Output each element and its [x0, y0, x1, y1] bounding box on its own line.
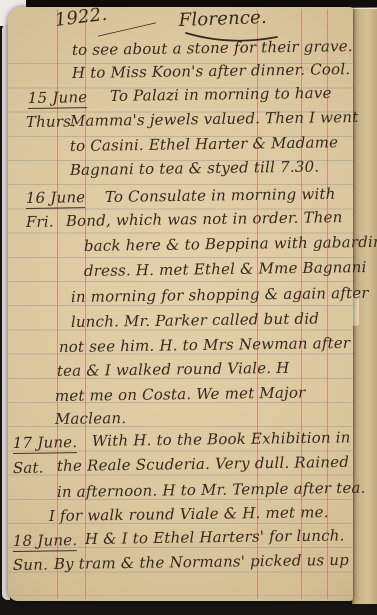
diary-line: Bagnani to tea & styed till 7.30. — [70, 159, 320, 179]
diary-line: Maclean. — [55, 410, 127, 428]
diary-line: H & I to Ethel Harters' for lunch. — [85, 527, 345, 548]
year-heading: 1922. — [54, 6, 108, 29]
diary-line: lunch. Mr. Parker called but did — [71, 311, 319, 331]
diary-line: To Consulate in morning with — [105, 186, 336, 206]
date-label: 16 June — [26, 189, 86, 209]
date-label: 15 June — [28, 89, 88, 109]
date-label: 17 June. — [13, 434, 78, 454]
day-label: Sat. — [13, 460, 44, 477]
day-label: Sun. — [13, 557, 48, 574]
page-title: Florence. — [178, 9, 267, 29]
day-label: Thurs. — [26, 113, 76, 131]
diary-line: To Palazi in morning to have — [110, 85, 332, 105]
photographed-diary-page: 1922. Florence. ʻʻ to see about a stone … — [0, 0, 377, 615]
day-label: Fri. — [26, 214, 54, 231]
date-label: 18 June. — [13, 532, 78, 552]
diary-line: tea & I walked round Viale. H — [57, 360, 290, 380]
diary-line: met me on Costa. We met Major — [55, 385, 306, 405]
diary-line: With H. to the Book Exhibition in — [92, 429, 351, 450]
